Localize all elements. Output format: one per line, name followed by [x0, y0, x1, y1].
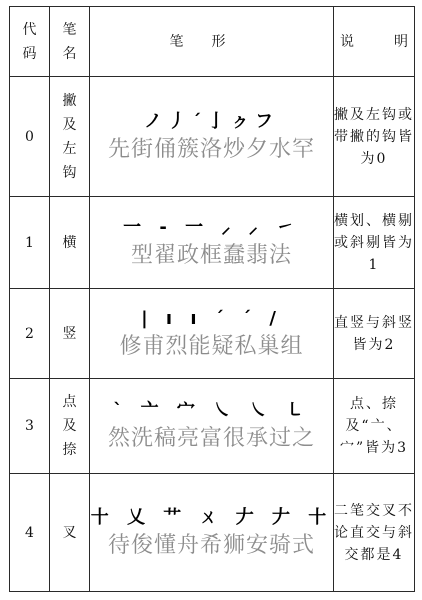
row-code: 3 — [10, 379, 50, 474]
row-code: 4 — [10, 474, 50, 592]
stroke-name-char: 及 — [50, 414, 89, 438]
header-stroke-name-char: 笔 — [50, 18, 89, 42]
header-stroke-shape: 笔形 — [90, 7, 334, 77]
stroke-name-char: 撇 — [50, 89, 89, 113]
row-stroke-name: 点 及 捺 — [50, 379, 90, 474]
stroke-glyphs: ノ丿ˊ亅ㇰフ — [90, 109, 333, 135]
stroke-name-char: 横 — [50, 231, 89, 255]
row-code: 0 — [10, 77, 50, 197]
stroke-glyphs: ˋ 亠 宀 ㇏ ㇏ ㇄ — [90, 398, 333, 424]
row-code: 1 — [10, 197, 50, 289]
example-characters: 修甫烈能疑私巢组 — [90, 332, 333, 362]
stroke-name-char: 钩 — [50, 161, 89, 185]
row-stroke-name: 竖 — [50, 289, 90, 379]
table-row: 3 点 及 捺 ˋ 亠 宀 ㇏ ㇏ ㇄ 然洗稿亮富很承过之 点、捺及“亠、宀”皆… — [10, 379, 415, 474]
row-description: 横划、横剔或斜剔皆为1 — [334, 197, 415, 289]
row-code: 2 — [10, 289, 50, 379]
row-stroke-shape: ˋ 亠 宀 ㇏ ㇏ ㇄ 然洗稿亮富很承过之 — [90, 379, 334, 474]
four-corner-code-table: 代 码 笔 名 笔形 说 明 0 撇 及 左 钩 ノ丿ˊ亅ㇰフ 先街俑簇洛炒夕水… — [9, 6, 415, 592]
stroke-glyphs: | ı ı ˊ ˊ / — [90, 306, 333, 332]
row-stroke-shape: | ı ı ˊ ˊ / 修甫烈能疑私巢组 — [90, 289, 334, 379]
row-stroke-name: 横 — [50, 197, 90, 289]
example-characters: 然洗稿亮富很承过之 — [90, 424, 333, 454]
row-stroke-shape: 十 乂 艹 ㄨ 𠂇 𠂇 十 待俊懂舟希狮安骑式 — [90, 474, 334, 592]
header-description-char: 说 — [340, 31, 354, 53]
stroke-name-char: 及 — [50, 113, 89, 137]
row-stroke-shape: 一 ‐ 一 ⸝ ⸝ ㇀ 型翟政框蠢翡法 — [90, 197, 334, 289]
table-row: 0 撇 及 左 钩 ノ丿ˊ亅ㇰフ 先街俑簇洛炒夕水罕 撇及左钩或带撇的钩皆为0 — [10, 77, 415, 197]
row-stroke-shape: ノ丿ˊ亅ㇰフ 先街俑簇洛炒夕水罕 — [90, 77, 334, 197]
stroke-name-char: 叉 — [50, 521, 89, 545]
header-code: 代 码 — [10, 7, 50, 77]
example-characters: 先街俑簇洛炒夕水罕 — [90, 135, 333, 165]
row-stroke-name: 叉 — [50, 474, 90, 592]
example-characters: 型翟政框蠢翡法 — [90, 241, 333, 271]
header-stroke-name: 笔 名 — [50, 7, 90, 77]
stroke-glyphs: 十 乂 艹 ㄨ 𠂇 𠂇 十 — [90, 505, 333, 531]
stroke-name-char: 点 — [50, 390, 89, 414]
stroke-name-char: 左 — [50, 137, 89, 161]
header-code-char: 码 — [10, 42, 49, 66]
table-row: 1 横 一 ‐ 一 ⸝ ⸝ ㇀ 型翟政框蠢翡法 横划、横剔或斜剔皆为1 — [10, 197, 415, 289]
header-code-char: 代 — [10, 18, 49, 42]
header-description-char: 明 — [394, 31, 408, 53]
header-stroke-name-char: 名 — [50, 42, 89, 66]
row-description: 撇及左钩或带撇的钩皆为0 — [334, 77, 415, 197]
row-description: 二笔交叉不论直交与斜交都是4 — [334, 474, 415, 592]
table-row: 4 叉 十 乂 艹 ㄨ 𠂇 𠂇 十 待俊懂舟希狮安骑式 二笔交叉不论直交与斜交都… — [10, 474, 415, 592]
header-description: 说 明 — [334, 7, 415, 77]
row-stroke-name: 撇 及 左 钩 — [50, 77, 90, 197]
table-row: 2 竖 | ı ı ˊ ˊ / 修甫烈能疑私巢组 直竖与斜竖皆为2 — [10, 289, 415, 379]
stroke-glyphs: 一 ‐ 一 ⸝ ⸝ ㇀ — [90, 215, 333, 241]
header-row: 代 码 笔 名 笔形 说 明 — [10, 7, 415, 77]
stroke-name-char: 竖 — [50, 322, 89, 346]
row-description: 直竖与斜竖皆为2 — [334, 289, 415, 379]
row-description: 点、捺及“亠、宀”皆为3 — [334, 379, 415, 474]
example-characters: 待俊懂舟希狮安骑式 — [90, 531, 333, 561]
stroke-name-char: 捺 — [50, 438, 89, 462]
